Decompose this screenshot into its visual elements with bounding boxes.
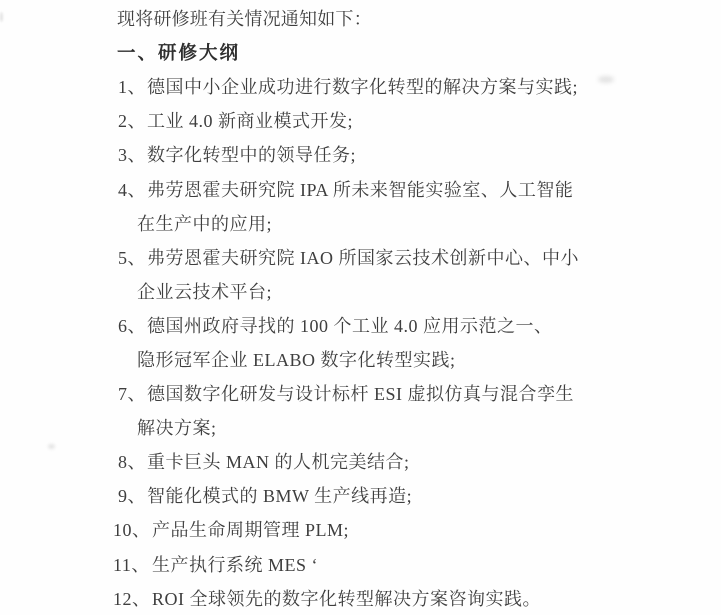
outline-item-12: 12、 ROI 全球领先的数字化转型解决方案咨询实践。 <box>0 581 721 615</box>
outline-item-number: 6、 <box>118 312 147 338</box>
outline-item-text: 弗劳恩霍夫研究院 IAO 所国家云技术创新中心、中小 <box>147 244 579 270</box>
outline-item-4: 4、 弗劳恩霍夫研究院 IPA 所未来智能实验室、人工智能 <box>0 171 721 205</box>
outline-item-7: 7、 德国数字化研发与设计标杆 ESI 虚拟仿真与混合孪生 <box>0 376 721 410</box>
outline-item-text: 数字化转型中的领导任务; <box>147 141 356 167</box>
outline-item-text: 隐形冠军企业 ELABO 数字化转型实践; <box>137 346 456 372</box>
outline-item-2: 2、 工业 4.0 新商业模式开发; <box>0 103 721 137</box>
outline-item-3: 3、 数字化转型中的领导任务; <box>0 137 721 171</box>
outline-item-text: 在生产中的应用; <box>137 210 272 236</box>
outline-item-7-continuation: 解决方案; <box>0 410 721 444</box>
section-heading: 一、研修大纲 <box>0 35 721 69</box>
scan-noise-speck <box>598 76 614 83</box>
outline-item-number: 9、 <box>118 482 147 508</box>
outline-item-5: 5、 弗劳恩霍夫研究院 IAO 所国家云技术创新中心、中小 <box>0 240 721 274</box>
outline-item-text: 德国数字化研发与设计标杆 ESI 虚拟仿真与混合孪生 <box>147 380 574 406</box>
outline-item-8: 8、 重卡巨头 MAN 的人机完美结合; <box>0 444 721 478</box>
outline-item-text: 产品生命周期管理 PLM; <box>152 516 349 542</box>
outline-item-text: 企业云技术平台; <box>137 278 272 304</box>
outline-item-text: 解决方案; <box>137 414 217 440</box>
outline-item-11: 11、 生产执行系统 MES ‘ <box>0 547 721 581</box>
scan-noise-speck <box>0 12 3 22</box>
intro-text: 现将研修班有关情况通知如下： <box>117 5 372 31</box>
outline-item-1: 1、 德国中小企业成功进行数字化转型的解决方案与实践; <box>0 69 721 103</box>
outline-item-text: 工业 4.0 新商业模式开发; <box>147 107 353 133</box>
outline-item-6: 6、 德国州政府寻找的 100 个工业 4.0 应用示范之一、 <box>0 308 721 342</box>
outline-item-number: 7、 <box>118 380 147 406</box>
outline-item-number: 10、 <box>113 516 152 542</box>
outline-item-number: 12、 <box>113 585 152 611</box>
outline-item-number: 2、 <box>118 107 147 133</box>
outline-item-text: 德国州政府寻找的 100 个工业 4.0 应用示范之一、 <box>147 312 553 338</box>
outline-item-text: 德国中小企业成功进行数字化转型的解决方案与实践; <box>147 73 578 99</box>
outline-item-text: 生产执行系统 MES ‘ <box>152 551 318 577</box>
notice-body: 现将研修班有关情况通知如下： 一、研修大纲 1、 德国中小企业成功进行数字化转型… <box>0 1 721 615</box>
document-page: 现将研修班有关情况通知如下： 一、研修大纲 1、 德国中小企业成功进行数字化转型… <box>0 0 721 615</box>
intro-line: 现将研修班有关情况通知如下： <box>0 1 721 35</box>
outline-item-4-continuation: 在生产中的应用; <box>0 206 721 240</box>
outline-item-number: 8、 <box>118 448 147 474</box>
scan-noise-speck <box>48 444 55 449</box>
outline-item-number: 3、 <box>118 141 147 167</box>
outline-item-10: 10、 产品生命周期管理 PLM; <box>0 512 721 546</box>
outline-item-text: ROI 全球领先的数字化转型解决方案咨询实践。 <box>152 585 541 611</box>
outline-item-6-continuation: 隐形冠军企业 ELABO 数字化转型实践; <box>0 342 721 376</box>
outline-item-number: 1、 <box>118 73 147 99</box>
outline-item-number: 5、 <box>118 244 147 270</box>
outline-item-5-continuation: 企业云技术平台; <box>0 274 721 308</box>
outline-item-text: 智能化模式的 BMW 生产线再造; <box>147 482 412 508</box>
outline-item-text: 重卡巨头 MAN 的人机完美结合; <box>147 448 410 474</box>
section-heading-text: 一、研修大纲 <box>117 39 240 65</box>
outline-item-number: 4、 <box>118 176 147 202</box>
outline-item-text: 弗劳恩霍夫研究院 IPA 所未来智能实验室、人工智能 <box>147 176 573 202</box>
outline-item-number: 11、 <box>113 551 152 577</box>
outline-item-9: 9、 智能化模式的 BMW 生产线再造; <box>0 478 721 512</box>
